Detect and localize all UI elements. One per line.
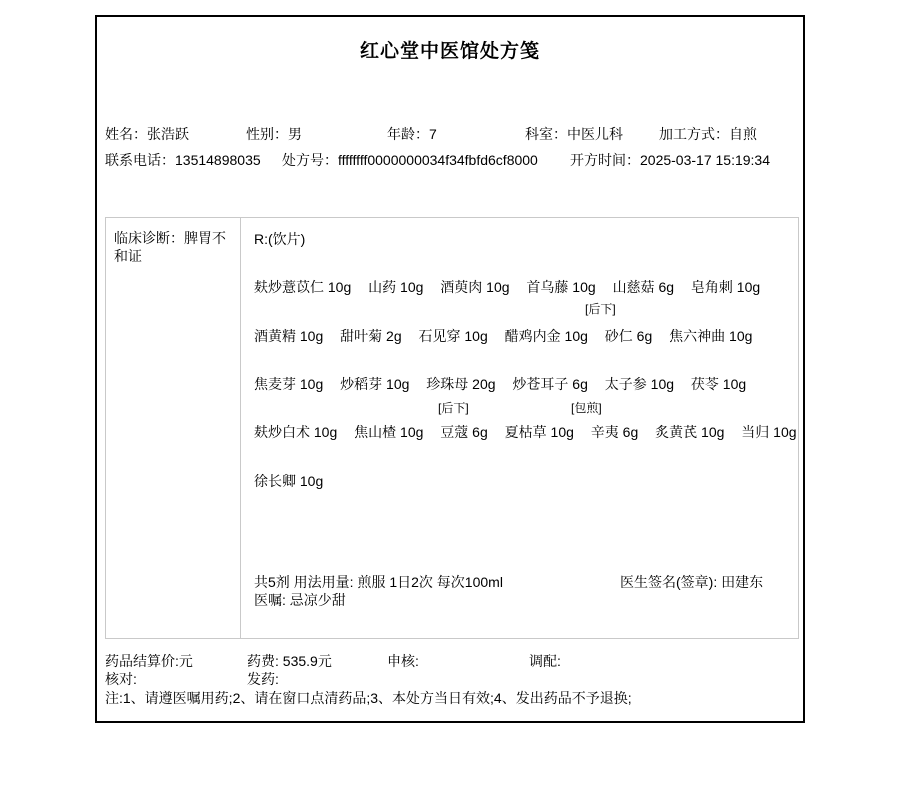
- medical-advice: 医嘱: 忌凉少甜: [254, 592, 346, 610]
- medical-advice-value: 忌凉少甜: [290, 592, 346, 608]
- herb-line: 焦麦芽 10g 炒稻芽 10g 珍珠母 20g 炒苍耳子 6g 太子参 10g …: [254, 376, 746, 394]
- prescription-time-label: 开方时间：: [570, 152, 640, 168]
- footer-note: 注:1、请遵医嘱用药;2、请在窗口点清药品;3、本处方当日有效;4、发出药品不予…: [105, 690, 632, 708]
- herb-item: 太子参 10g: [605, 376, 674, 394]
- medicine-fee: 药费: 535.9元: [247, 653, 332, 671]
- herb-item: 麸炒白术 10g: [254, 424, 337, 442]
- herb-item: 当归 10g: [741, 424, 796, 442]
- medicine-fee-label: 药费:: [247, 653, 283, 669]
- herb-item: 甜叶菊 2g: [340, 328, 401, 346]
- dispense-label: 发药:: [247, 671, 279, 687]
- patient-phone-label: 联系电话：: [105, 152, 175, 168]
- herb-item: 酒萸肉 10g: [440, 279, 509, 297]
- wrap-boil-marker: [包煎]: [571, 401, 602, 416]
- herb-item: 砂仁 6g: [605, 328, 652, 346]
- herb-item: 焦麦芽 10g: [254, 376, 323, 394]
- usage-line: 共5剂 用法用量: 煎服 1日2次 每次100ml: [254, 574, 503, 592]
- herb-item: 茯苓 10g: [691, 376, 746, 394]
- prescription-time: 开方时间：2025-03-17 15:19:34: [570, 152, 770, 170]
- patient-name: 姓名：张浩跃: [105, 126, 189, 144]
- herb-item: 醋鸡内金 10g: [505, 328, 588, 346]
- prepare-label: 调配:: [529, 653, 561, 669]
- prescription-sheet: 红心堂中医馆处方笺 姓名：张浩跃 性别：男 年龄：7 科室：中医儿科 加工方式：…: [95, 15, 805, 723]
- doctor-signature-label: 医生签名(签章):: [620, 574, 721, 590]
- herb-item: 炙黄芪 10g: [655, 424, 724, 442]
- patient-age: 年龄：7: [387, 126, 437, 144]
- herb-item: 徐长卿 10g: [254, 473, 323, 491]
- patient-name-value: 张浩跃: [147, 126, 189, 142]
- prescription-number-label: 处方号：: [282, 152, 338, 168]
- settle-price-value: 元: [179, 653, 193, 669]
- herb-line: 酒黄精 10g 甜叶菊 2g 石见穿 10g 醋鸡内金 10g 砂仁 6g 焦六…: [254, 328, 752, 346]
- herb-item: 豆蔻 6g: [440, 424, 487, 442]
- herb-item: 辛夷 6g: [591, 424, 638, 442]
- prescription-cell: R:(饮片) 麸炒薏苡仁 10g 山药 10g 酒萸肉 10g 首乌藤 10g …: [242, 218, 798, 638]
- patient-department: 科室：中医儿科: [525, 126, 623, 144]
- processing-method-value: 自煎: [729, 126, 757, 142]
- patient-age-value: 7: [429, 126, 437, 142]
- prescription-box: 临床诊断：脾胃不和证 R:(饮片) 麸炒薏苡仁 10g 山药 10g 酒萸肉 1…: [105, 217, 799, 639]
- review-label: 申核:: [387, 653, 419, 669]
- page-title: 红心堂中医馆处方笺: [97, 40, 803, 64]
- prescription-number-value: ffffffff0000000034f34fbfd6cf8000: [338, 152, 538, 168]
- herb-item: 夏枯草 10g: [505, 424, 574, 442]
- herb-item: 石见穿 10g: [419, 328, 488, 346]
- prescription-number: 处方号：ffffffff0000000034f34fbfd6cf8000: [282, 152, 538, 170]
- patient-department-value: 中医儿科: [567, 126, 623, 142]
- patient-gender-label: 性别：: [246, 126, 288, 142]
- processing-method: 加工方式：自煎: [659, 126, 757, 144]
- prescription-time-value: 2025-03-17 15:19:34: [640, 152, 770, 168]
- patient-gender-value: 男: [288, 126, 302, 142]
- herb-item: 山慈菇 6g: [613, 279, 674, 297]
- decoct-later-marker: [后下]: [585, 302, 616, 317]
- patient-gender: 性别：男: [246, 126, 302, 144]
- herb-line: 徐长卿 10g: [254, 473, 323, 491]
- doctor-signature: 医生签名(签章): 田建东: [620, 574, 763, 592]
- rx-header: R:(饮片): [254, 231, 305, 249]
- check-field: 核对:: [105, 671, 137, 689]
- patient-phone: 联系电话：13514898035: [105, 152, 261, 170]
- diagnosis-cell: 临床诊断：脾胃不和证: [106, 218, 241, 638]
- herb-item: 焦山楂 10g: [354, 424, 423, 442]
- doctor-signature-value: 田建东: [721, 574, 763, 590]
- processing-method-label: 加工方式：: [659, 126, 729, 142]
- diagnosis-label: 临床诊断：: [114, 230, 184, 246]
- check-label: 核对:: [105, 671, 137, 687]
- patient-phone-value: 13514898035: [175, 152, 261, 168]
- herb-line: 麸炒白术 10g 焦山楂 10g 豆蔻 6g 夏枯草 10g 辛夷 6g 炙黄芪…: [254, 424, 797, 442]
- patient-age-label: 年龄：: [387, 126, 429, 142]
- herb-line: 麸炒薏苡仁 10g 山药 10g 酒萸肉 10g 首乌藤 10g 山慈菇 6g …: [254, 279, 760, 297]
- dispense-field: 发药:: [247, 671, 279, 689]
- herb-item: 首乌藤 10g: [526, 279, 595, 297]
- herb-item: 山药 10g: [368, 279, 423, 297]
- prepare-field: 调配:: [529, 653, 561, 671]
- herb-item: 麸炒薏苡仁 10g: [254, 279, 351, 297]
- herb-item: 酒黄精 10g: [254, 328, 323, 346]
- settle-price: 药品结算价:元: [105, 653, 193, 671]
- herb-item: 炒苍耳子 6g: [512, 376, 587, 394]
- medicine-fee-value: 535.9元: [283, 653, 332, 669]
- herb-item: 焦六神曲 10g: [669, 328, 752, 346]
- decoct-later-marker: [后下]: [438, 401, 469, 416]
- settle-price-label: 药品结算价:: [105, 653, 179, 669]
- medical-advice-label: 医嘱:: [254, 592, 290, 608]
- review-field: 申核:: [387, 653, 419, 671]
- patient-department-label: 科室：: [525, 126, 567, 142]
- herb-item: 珍珠母 20g: [426, 376, 495, 394]
- patient-name-label: 姓名：: [105, 126, 147, 142]
- herb-item: 炒稻芽 10g: [340, 376, 409, 394]
- herb-item: 皂角刺 10g: [691, 279, 760, 297]
